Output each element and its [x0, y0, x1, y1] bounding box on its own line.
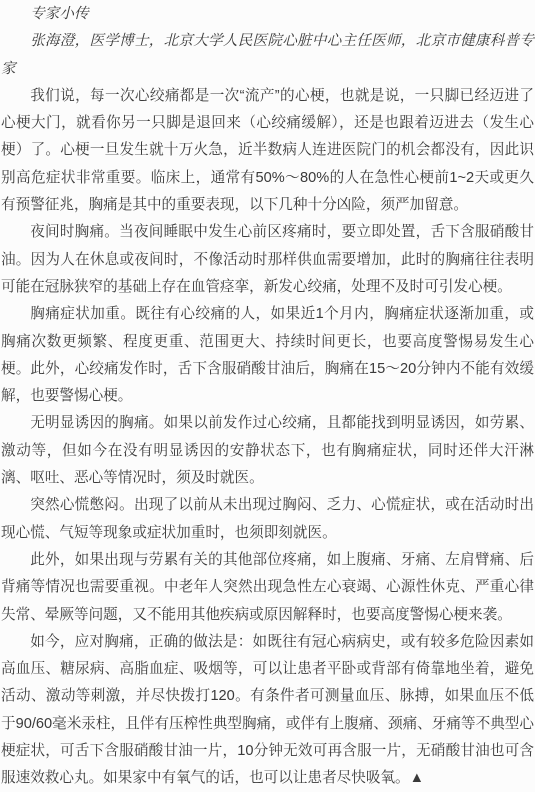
- bio-credentials: 张海澄，医学博士，北京大学人民医院心脏中心主任医师，北京市健康科普专家: [1, 28, 534, 83]
- paragraph-correct-response: 如今，应对胸痛，正确的做法是：如既往有冠心病病史，或有较多危险因素如高血压、糖尿…: [1, 629, 534, 792]
- paragraph-intro: 我们说，每一次心绞痛都是一次“流产”的心梗，也就是说，一只脚已经迈进了心梗大门，…: [1, 83, 534, 219]
- paragraph-no-obvious-cause: 无明显诱因的胸痛。如果以前发作过心绞痛，且都能找到明显诱因，如劳累、激动等，但如…: [1, 410, 534, 492]
- paragraph-other-pain-sites: 此外，如果出现与劳累有关的其他部位疼痛，如上腹痛、牙痛、左肩臂痛、后背痛等情况也…: [1, 547, 534, 629]
- article-page: 专家小传 张海澄，医学博士，北京大学人民医院心脏中心主任医师，北京市健康科普专家…: [0, 0, 535, 792]
- expert-bio-block: 专家小传 张海澄，医学博士，北京大学人民医院心脏中心主任医师，北京市健康科普专家: [1, 1, 534, 83]
- paragraph-sudden-palpitation: 突然心慌憋闷。出现了以前从未出现过胸闷、乏力、心慌症状，或在活动时出现心慌、气短…: [1, 492, 534, 547]
- article-body: 我们说，每一次心绞痛都是一次“流产”的心梗，也就是说，一只脚已经迈进了心梗大门，…: [1, 83, 534, 792]
- paragraph-worsening-symptoms: 胸痛症状加重。既往有心绞痛的人，如果近1个月内，胸痛症状逐渐加重，或胸痛次数更频…: [1, 301, 534, 410]
- paragraph-night-chest-pain: 夜间时胸痛。当夜间睡眠中发生心前区疼痛时，要立即处置，舌下含服硝酸甘油。因为人在…: [1, 219, 534, 301]
- bio-title: 专家小传: [1, 1, 534, 28]
